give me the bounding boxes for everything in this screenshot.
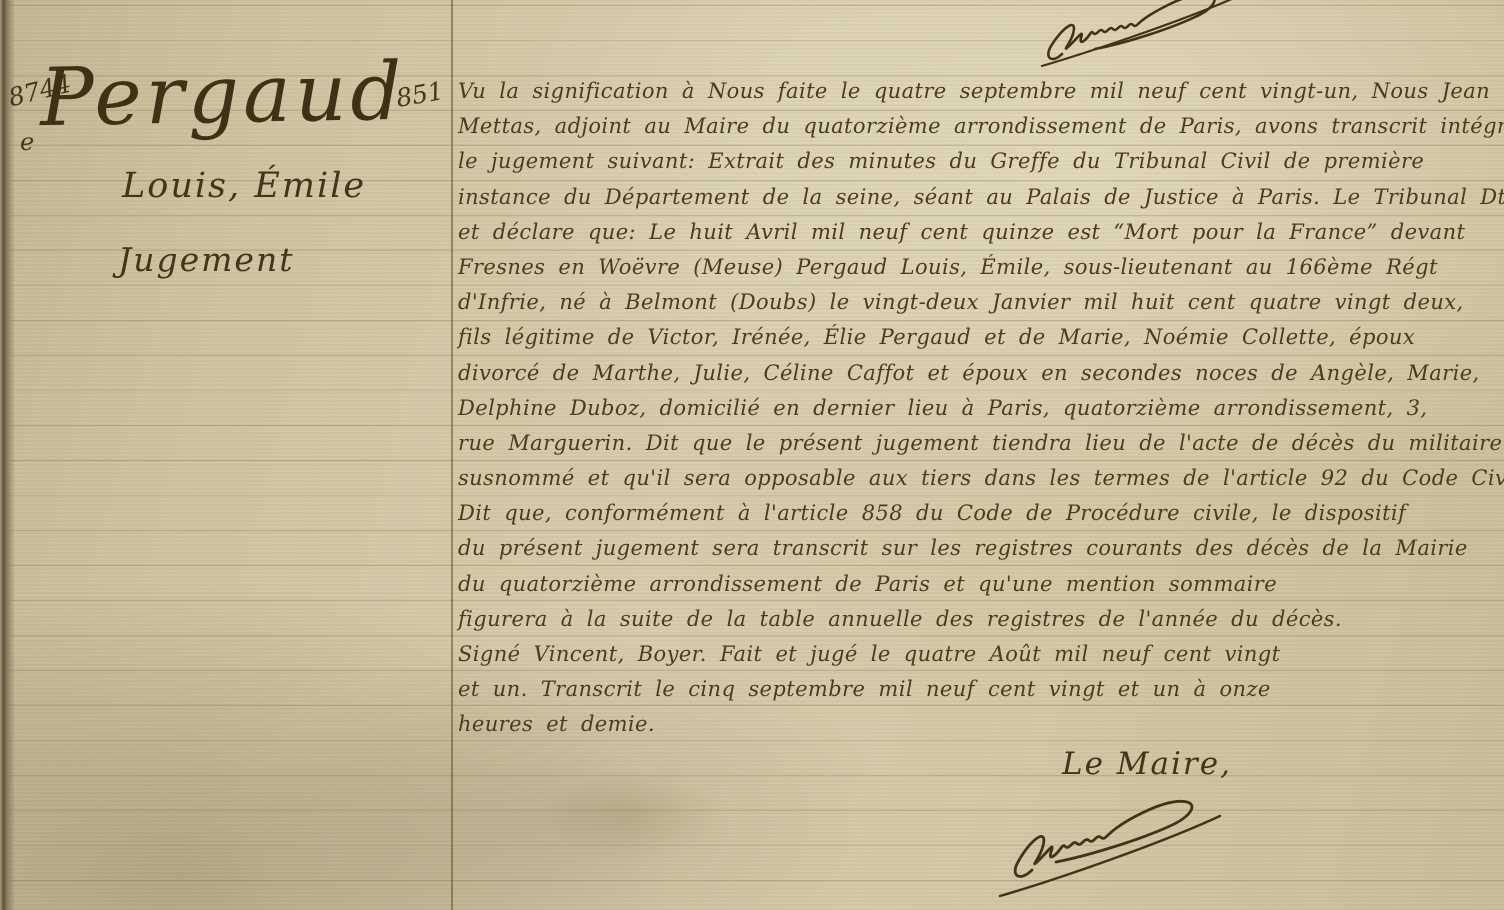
body-line: du quatorzième arrondissement de Paris e… bbox=[458, 567, 1504, 602]
mettas-signature-icon bbox=[988, 786, 1268, 904]
surname-heading: Pergaud bbox=[39, 45, 406, 144]
body-line: d'Infrie, né à Belmont (Doubs) le vingt-… bbox=[458, 285, 1504, 320]
body-line: Delphine Duboz, domicilié en dernier lie… bbox=[458, 391, 1504, 426]
act-type-heading: Jugement bbox=[118, 240, 294, 279]
body-line: et un. Transcrit le cinq septembre mil n… bbox=[458, 672, 1504, 707]
body-line: rue Marguerin. Dit que le présent jugeme… bbox=[458, 426, 1504, 461]
body-line: Signé Vincent, Boyer. Fait et jugé le qu… bbox=[458, 637, 1504, 672]
body-line: et déclare que: Le huit Avril mil neuf c… bbox=[458, 215, 1504, 250]
paper-stain bbox=[540, 770, 720, 860]
register-page-scan: 8744 e Pergaud Louis, Émile Jugement 851… bbox=[0, 0, 1504, 910]
body-line: instance du Département de la seine, séa… bbox=[458, 180, 1504, 215]
body-line: susnommé et qu'il sera opposable aux tie… bbox=[458, 461, 1504, 496]
body-line: Vu la signification à Nous faite le quat… bbox=[458, 74, 1504, 109]
body-line: Dit que, conformément à l'article 858 du… bbox=[458, 496, 1504, 531]
body-line: Fresnes en Woëvre (Meuse) Pergaud Louis,… bbox=[458, 250, 1504, 285]
margin-paraph: e bbox=[20, 128, 34, 156]
body-line: du présent jugement sera transcrit sur l… bbox=[458, 531, 1504, 566]
body-line: heures et demie. bbox=[458, 707, 1504, 742]
mettas-signature-icon bbox=[1032, 0, 1267, 70]
body-line: fils légitime de Victor, Irénée, Élie Pe… bbox=[458, 320, 1504, 355]
act-body-text: Vu la signification à Nous faite le quat… bbox=[458, 74, 1504, 743]
margin-divider-rule bbox=[451, 0, 453, 910]
closing-title-le-maire: Le Maire, bbox=[1062, 746, 1232, 782]
body-line: le jugement suivant: Extrait des minutes… bbox=[458, 144, 1504, 179]
body-line: figurera à la suite de la table annuelle… bbox=[458, 602, 1504, 637]
body-line: Mettas, adjoint au Maire du quatorzième … bbox=[458, 109, 1504, 144]
page-binding-edge bbox=[0, 0, 15, 910]
given-names-heading: Louis, Émile bbox=[122, 166, 366, 206]
body-line: divorcé de Marthe, Julie, Céline Caffot … bbox=[458, 356, 1504, 391]
